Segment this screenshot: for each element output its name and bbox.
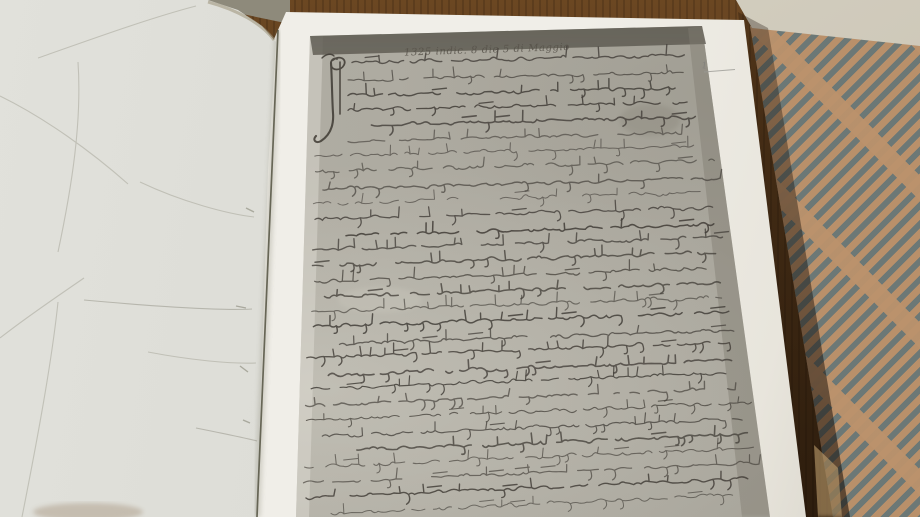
archival-photo-scene: 1325 indic. 8 die 5 di Maggio 1 <box>0 0 920 517</box>
manuscript-date-header: 1325 indic. 8 die 5 di Maggio <box>404 42 570 59</box>
handwriting-line <box>304 455 761 488</box>
overlay-drawing: 1325 indic. 8 die 5 di Maggio 1 <box>0 0 920 517</box>
page-number-underline <box>704 70 735 73</box>
handwriting-line <box>346 219 714 239</box>
handwriting-line <box>311 366 726 395</box>
page-number-annotation: 1 <box>701 61 735 72</box>
handwriting-line <box>315 200 713 227</box>
handwriting-line <box>331 492 733 515</box>
handwriting-line <box>340 325 734 350</box>
handwriting-line <box>323 170 722 198</box>
stain-smudge <box>33 503 143 517</box>
handwriting-line <box>315 260 706 287</box>
page-corner-edge <box>208 2 274 40</box>
initial-flourish <box>314 54 344 142</box>
handwriting-line <box>348 65 683 84</box>
page-number-text: 1 <box>701 61 708 72</box>
handwriting-line <box>306 471 748 504</box>
handwriting-line <box>313 188 700 206</box>
handwriting-line <box>306 381 736 410</box>
manuscript-handwriting <box>304 45 761 515</box>
gutter-flecks <box>236 208 254 423</box>
book-gutter <box>257 30 278 517</box>
handwriting-line <box>348 79 675 99</box>
page-creases <box>0 6 257 517</box>
